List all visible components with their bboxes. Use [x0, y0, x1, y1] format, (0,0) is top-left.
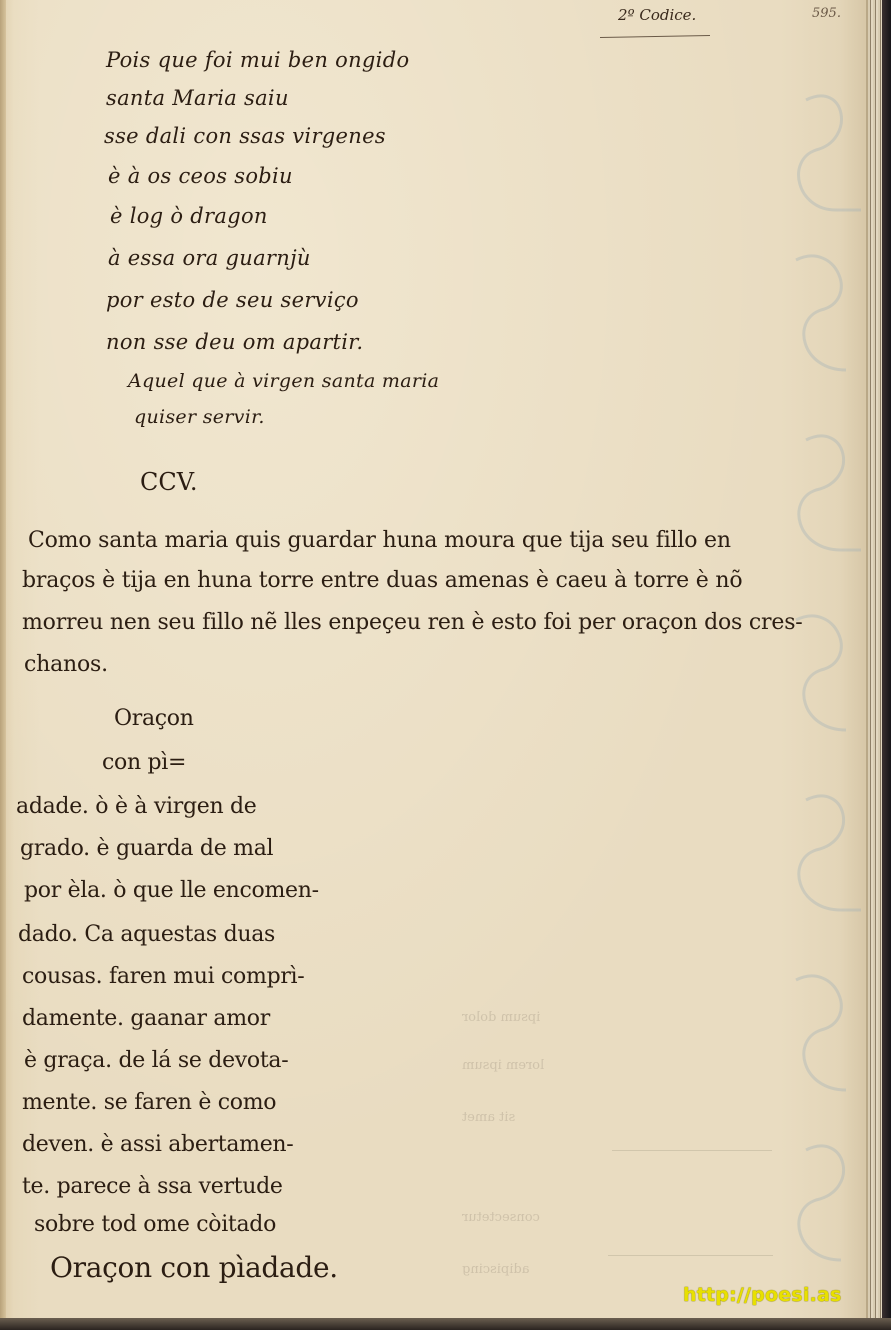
ornament-bleedthrough-icon: [786, 60, 866, 1280]
poem-line: adade. ò è à virgen de: [16, 796, 257, 818]
poem-line: Oraçon: [114, 708, 194, 730]
stacked-page-edges: [868, 0, 882, 1318]
refrain-line: quiser servir.: [134, 408, 265, 427]
poem-line: à essa ora guarnjù: [108, 248, 311, 269]
bleedthrough-text: sit amet: [462, 1110, 515, 1125]
rubric-line: chanos.: [24, 654, 108, 676]
poem-line: sobre tod ome còitado: [34, 1214, 276, 1236]
poem-line: Pois que foi mui ben ongido: [106, 50, 409, 71]
bleedthrough-rule: [608, 1255, 773, 1256]
poem-line: è à os ceos sobiu: [108, 166, 293, 187]
poem-line: por èla. ò que lle encomen-: [24, 880, 319, 902]
section-numeral: CCV.: [140, 470, 198, 494]
poem-line: te. parece à ssa vertude: [22, 1176, 283, 1198]
binding-shadow: [882, 0, 891, 1330]
poem-line: grado. è guarda de mal: [20, 838, 273, 860]
page-left-edge: [0, 0, 6, 1318]
header-underline: [600, 35, 710, 38]
poem-line: deven. è assi abertamen-: [22, 1134, 293, 1156]
watermark-url: http://poesi.as: [683, 1284, 841, 1306]
bleedthrough-rule: [612, 1150, 772, 1151]
codex-note: 2º Codice.: [618, 6, 696, 24]
poem-line: por esto de seu serviço: [106, 290, 359, 311]
poem-line: non sse deu om apartir.: [106, 332, 363, 353]
rubric-line: Como santa maria quis guardar huna moura…: [28, 530, 731, 552]
poem-line: dado. Ca aquestas duas: [18, 924, 275, 946]
bleedthrough-text: ipsum dolor: [462, 1010, 540, 1025]
poem-line: cousas. faren mui comprì-: [22, 966, 304, 988]
poem-line: è log ò dragon: [110, 206, 268, 227]
poem-line: è graça. de lá se devota-: [24, 1050, 288, 1072]
poem-line: sse dali con ssas virgenes: [104, 126, 386, 147]
bleedthrough-text: adipiscing: [462, 1262, 530, 1277]
bottom-shadow: [0, 1318, 891, 1330]
bleedthrough-text: consectetur: [462, 1210, 540, 1225]
page-number: 595.: [812, 6, 841, 21]
poem-line: Oraçon con pìadade.: [50, 1254, 338, 1282]
poem-line: santa Maria saiu: [106, 88, 289, 109]
poem-line: mente. se faren è como: [22, 1092, 276, 1114]
refrain-line: Aquel que à virgen santa maria: [128, 372, 439, 391]
manuscript-page: ipsum dolor lorem ipsum sit amet consect…: [0, 0, 868, 1318]
poem-line: con pì=: [102, 752, 186, 774]
rubric-line: morreu nen seu fillo nẽ lles enpeçeu ren…: [22, 612, 803, 634]
poem-line: damente. gaanar amor: [22, 1008, 270, 1030]
rubric-line: braços è tija en huna torre entre duas a…: [22, 570, 742, 592]
bleedthrough-text: lorem ipsum: [462, 1058, 544, 1073]
